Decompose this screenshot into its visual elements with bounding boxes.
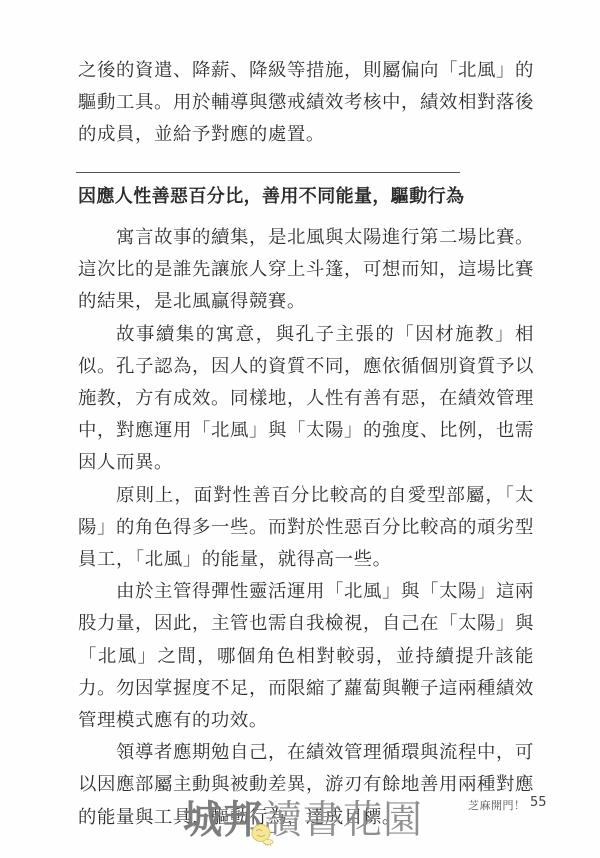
- continuation-paragraph: 之後的資遣、降薪、降級等措施，則屬偏向「北風」的驅動工具。用於輔導與懲戒績效考核…: [78, 55, 534, 152]
- paragraph: 由於主管得彈性靈活運用「北風」與「太陽」這兩股力量，因此，主管也需自我檢視，自己…: [78, 576, 534, 737]
- paragraph: 原則上，面對性善百分比較高的自愛型部屬，「太陽」的角色得多一些。而對於性惡百分比…: [78, 480, 534, 577]
- section-divider: [76, 172, 460, 173]
- section-body: 寓言故事的續集，是北風與太陽進行第二場比賽。這次比的是誰先讓旅人穿上斗篷，可想而…: [78, 222, 534, 834]
- paragraph: 寓言故事的續集，是北風與太陽進行第二場比賽。這次比的是誰先讓旅人穿上斗篷，可想而…: [78, 222, 534, 319]
- page-number: 55: [530, 795, 547, 810]
- paragraph: 故事續集的寓意，與孔子主張的「因材施教」相似。孔子認為，因人的資質不同，應依循個…: [78, 319, 534, 480]
- chick-mascot-icon: [250, 822, 276, 848]
- watermark-logo: 城邦讀書花園: [183, 792, 423, 842]
- watermark-logo-light: 讀書花園: [263, 789, 423, 845]
- book-page: 之後的資遣、降薪、降級等措施，則屬偏向「北風」的驅動工具。用於輔導與懲戒績效考核…: [0, 0, 600, 858]
- running-title: 芝麻開門！: [468, 797, 526, 813]
- continuation-block: 之後的資遣、降薪、降級等措施，則屬偏向「北風」的驅動工具。用於輔導與懲戒績效考核…: [78, 55, 534, 152]
- section-heading: 因應人性善惡百分比，善用不同能量，驅動行為: [78, 184, 464, 210]
